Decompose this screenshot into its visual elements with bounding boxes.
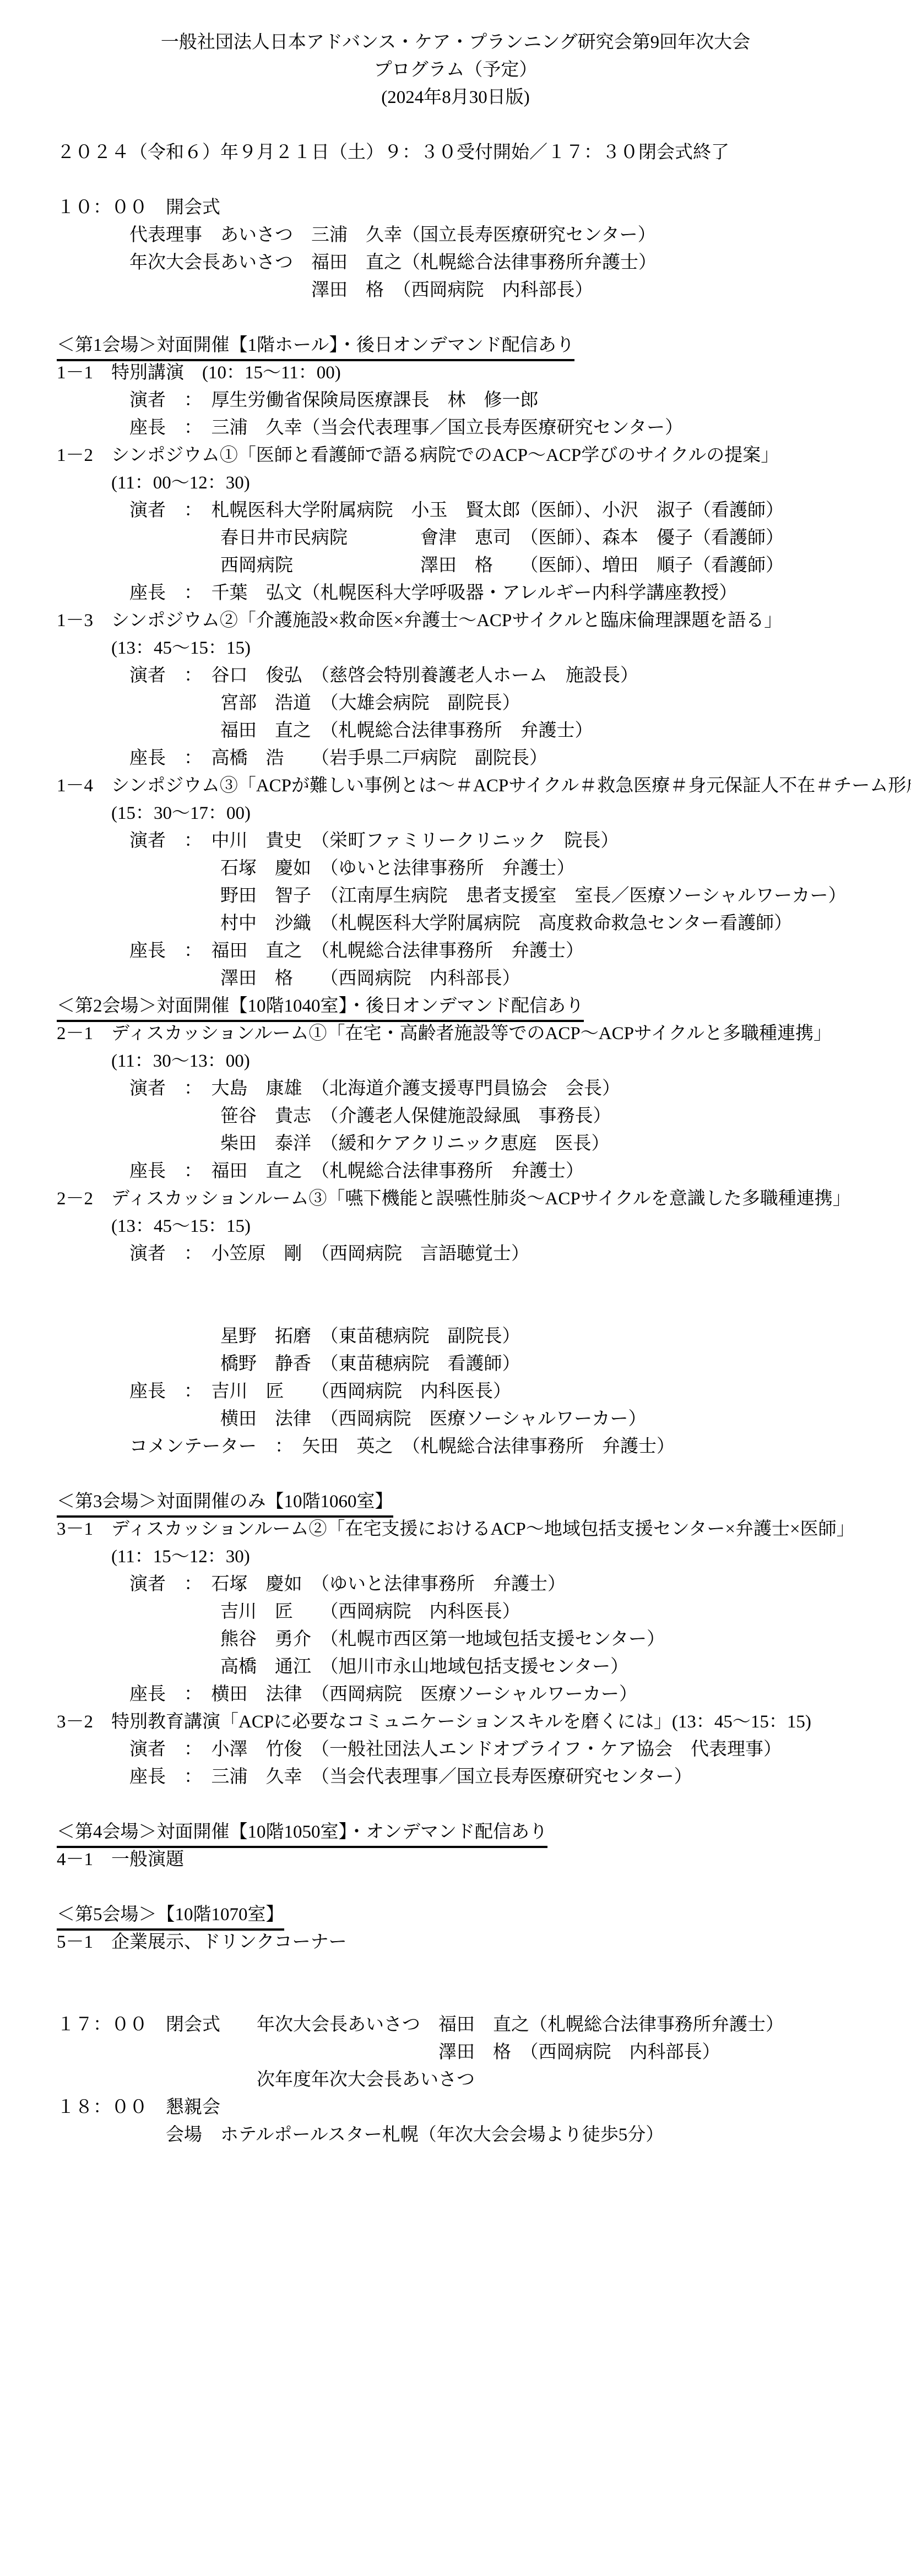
- doc-line: 西岡病院 澤田 格 （医師）、増田 順子（看護師）: [0, 552, 911, 579]
- venue-heading-text: ＜第3会場＞対面開催のみ【10階1060室】: [57, 1488, 393, 1515]
- blank-line: [0, 1983, 911, 2011]
- venue-heading: ＜第2会場＞対面開催【10階1040室】・後日オンデマンド配信あり: [0, 992, 911, 1020]
- doc-header: 一般社団法人日本アドバンス・ケア・プランニング研究会第9回年次大会 プログラム（…: [0, 29, 911, 194]
- doc-line: 座長 ： 横田 法律 （西岡病院 医療ソーシャルワーカー）: [0, 1681, 911, 1708]
- doc-line: 3－2 特別教育講演「ACPに必要なコミュニケーションスキルを磨くには」(13：…: [0, 1708, 911, 1736]
- doc-line: (11：15～12：30): [0, 1543, 911, 1570]
- doc-line: 座長 ： 福田 直之 （札幌総合法律事務所 弁護士）: [0, 1157, 911, 1185]
- blank-line: [0, 1873, 911, 1901]
- doc-line: 会場 ホテルポールスター札幌（年次大会会場より徒歩5分）: [0, 2121, 911, 2149]
- doc-line: 澤田 格 （西岡病院 内科部長）: [0, 276, 911, 304]
- doc-line: 福田 直之 （札幌総合法律事務所 弁護士）: [0, 717, 911, 744]
- doc-line: 吉川 匠 （西岡病院 内科医長）: [0, 1598, 911, 1626]
- venue-heading-text: ＜第5会場＞【10階1070室】: [57, 1901, 284, 1928]
- section-venue-3: ＜第3会場＞対面開催のみ【10階1060室】3－1 ディスカッションルーム②「在…: [0, 1488, 911, 1818]
- section-opening-ceremony: １０：００ 開会式 代表理事 あいさつ 三浦 久幸（国立長寿医療研究センター） …: [0, 194, 911, 331]
- doc-line: (11：00～12：30): [0, 469, 911, 497]
- doc-line: 笹谷 貴志 （介護老人保健施設緑風 事務長）: [0, 1102, 911, 1130]
- doc-line: 座長 ： 吉川 匠 （西岡病院 内科医長）: [0, 1378, 911, 1405]
- doc-version-note: (2024年8月30日版): [0, 84, 911, 111]
- doc-line: 春日井市民病院 會津 恵司 （医師）、森本 優子（看護師）: [0, 524, 911, 552]
- blank-line: [0, 1791, 911, 1818]
- venue-heading-text: ＜第4会場＞対面開催【10階1050室】・オンデマンド配信あり: [57, 1818, 547, 1846]
- doc-line: コメンテーター ： 矢田 英之 （札幌総合法律事務所 弁護士）: [0, 1433, 911, 1460]
- doc-line: 野田 智子 （江南厚生病院 患者支援室 室長／医療ソーシャルワーカー）: [0, 882, 911, 910]
- doc-line: 演者 ： 小笠原 剛 （西岡病院 言語聴覚士）: [0, 1240, 911, 1268]
- doc-line: 演者 ： 札幌医科大学附属病院 小玉 賢太郎（医師）、小沢 淑子（看護師）: [0, 497, 911, 524]
- doc-line: 石塚 慶如 （ゆいと法律事務所 弁護士）: [0, 855, 911, 882]
- doc-line: 次年度年次大会長あいさつ: [0, 2066, 911, 2094]
- venue-heading: ＜第3会場＞対面開催のみ【10階1060室】: [0, 1488, 911, 1515]
- doc-line: 5－1 企業展示、ドリンクコーナー: [0, 1928, 911, 1956]
- doc-title: 一般社団法人日本アドバンス・ケア・プランニング研究会第9回年次大会: [0, 29, 911, 56]
- doc-line: 演者 ： 大島 康雄 （北海道介護支援専門員協会 会長）: [0, 1075, 911, 1102]
- doc-line: 柴田 泰洋 （緩和ケアクリニック恵庭 医長）: [0, 1130, 911, 1157]
- doc-line: 座長 ： 三浦 久幸（当会代表理事／国立長寿医療研究センター）: [0, 414, 911, 442]
- doc-line: 橋野 静香 （東苗穂病院 看護師）: [0, 1350, 911, 1378]
- blank-line: [0, 166, 911, 194]
- doc-line: 2－2 ディスカッションルーム③「嚥下機能と誤嚥性肺炎～ACPサイクルを意識した…: [0, 1185, 911, 1213]
- doc-line: 澤田 格 （西岡病院 内科部長）: [0, 2039, 911, 2066]
- doc-line: (11：30～13：00): [0, 1047, 911, 1075]
- doc-line: 年次大会長あいさつ 福田 直之（札幌総合法律事務所弁護士）: [0, 249, 911, 276]
- doc-line: 1－4 シンポジウム③「ACPが難しい事例とは～＃ACPサイクル＃救急医療＃身元…: [0, 772, 911, 800]
- venue-heading: ＜第1会場＞対面開催【1階ホール】・後日オンデマンド配信あり: [0, 331, 911, 359]
- doc-line: 高橋 通江 （旭川市永山地域包括支援センター）: [0, 1653, 911, 1681]
- doc-line: 座長 ： 千葉 弘文（札幌医科大学呼吸器・アレルギー内科学講座教授）: [0, 579, 911, 607]
- blank-line: [0, 1295, 911, 1323]
- doc-line: (15：30～17：00): [0, 800, 911, 827]
- venue-heading-text: ＜第1会場＞対面開催【1階ホール】・後日オンデマンド配信あり: [57, 331, 574, 359]
- section-venue-5: ＜第5会場＞【10階1070室】5－1 企業展示、ドリンクコーナー: [0, 1901, 911, 2011]
- doc-subtitle: プログラム（予定）: [0, 56, 911, 84]
- doc-line: 演者 ： 厚生労働省保険局医療課長 林 修一郎: [0, 387, 911, 414]
- blank-line: [0, 111, 911, 139]
- doc-line: 1－3 シンポジウム②「介護施設×救命医×弁護士～ACPサイクルと臨床倫理課題を…: [0, 607, 911, 634]
- blank-line: [0, 1268, 911, 1295]
- section-closing: １７：００ 閉会式 年次大会長あいさつ 福田 直之（札幌総合法律事務所弁護士） …: [0, 2011, 911, 2149]
- doc-line: 宮部 浩道 （大雄会病院 副院長）: [0, 689, 911, 717]
- doc-line: 座長 ： 三浦 久幸 （当会代表理事／国立長寿医療研究センター）: [0, 1763, 911, 1791]
- doc-line: 4－1 一般演題: [0, 1846, 911, 1873]
- doc-line: (13：45～15：15): [0, 1213, 911, 1240]
- doc-line: １０：００ 開会式: [0, 194, 911, 221]
- doc-line: 代表理事 あいさつ 三浦 久幸（国立長寿医療研究センター）: [0, 221, 911, 249]
- doc-line: １８：００ 懇親会: [0, 2094, 911, 2121]
- doc-line: 横田 法律 （西岡病院 医療ソーシャルワーカー）: [0, 1405, 911, 1433]
- section-venue-1: ＜第1会場＞対面開催【1階ホール】・後日オンデマンド配信あり1－1 特別講演 (…: [0, 331, 911, 992]
- document-body: １０：００ 開会式 代表理事 あいさつ 三浦 久幸（国立長寿医療研究センター） …: [0, 194, 911, 2149]
- doc-line: 演者 ： 谷口 俊弘 （慈啓会特別養護老人ホーム 施設長）: [0, 662, 911, 689]
- doc-line: 3－1 ディスカッションルーム②「在宅支援におけるACP～地域包括支援センター×…: [0, 1515, 911, 1543]
- doc-line: 1－2 シンポジウム①「医師と看護師で語る病院でのACP～ACP学びのサイクルの…: [0, 442, 911, 469]
- section-venue-2: ＜第2会場＞対面開催【10階1040室】・後日オンデマンド配信あり2－1 ディス…: [0, 992, 911, 1488]
- venue-heading: ＜第5会場＞【10階1070室】: [0, 1901, 911, 1928]
- doc-line: 澤田 格 （西岡病院 内科部長）: [0, 965, 911, 992]
- doc-line: 演者 ： 小澤 竹俊 （一般社団法人エンドオブライフ・ケア協会 代表理事）: [0, 1736, 911, 1763]
- doc-line: 1－1 特別講演 (10：15～11：00): [0, 359, 911, 387]
- doc-line: 星野 拓磨 （東苗穂病院 副院長）: [0, 1323, 911, 1350]
- doc-line: (13：45～15：15): [0, 634, 911, 662]
- blank-line: [0, 1460, 911, 1488]
- doc-line: 演者 ： 中川 貴史 （栄町ファミリークリニック 院長）: [0, 827, 911, 855]
- doc-line: 熊谷 勇介 （札幌市西区第一地域包括支援センター）: [0, 1626, 911, 1653]
- venue-heading-text: ＜第2会場＞対面開催【10階1040室】・後日オンデマンド配信あり: [57, 992, 584, 1020]
- event-date-line: ２０２４（令和６）年９月２１日（土）９：３０受付開始／１７：３０閉会式終了: [0, 139, 911, 166]
- doc-line: 村中 沙織 （札幌医科大学附属病院 高度救命救急センター看護師）: [0, 910, 911, 937]
- doc-line: 座長 ： 福田 直之 （札幌総合法律事務所 弁護士）: [0, 937, 911, 965]
- section-venue-4: ＜第4会場＞対面開催【10階1050室】・オンデマンド配信あり4－1 一般演題: [0, 1818, 911, 1901]
- document-page: 一般社団法人日本アドバンス・ケア・プランニング研究会第9回年次大会 プログラム（…: [0, 0, 911, 2576]
- doc-line: １７：００ 閉会式 年次大会長あいさつ 福田 直之（札幌総合法律事務所弁護士）: [0, 2011, 911, 2039]
- blank-line: [0, 304, 911, 331]
- doc-line: 2－1 ディスカッションルーム①「在宅・高齢者施設等でのACP～ACPサイクルと…: [0, 1020, 911, 1047]
- doc-line: 座長 ： 高橋 浩 （岩手県二戸病院 副院長）: [0, 744, 911, 772]
- venue-heading: ＜第4会場＞対面開催【10階1050室】・オンデマンド配信あり: [0, 1818, 911, 1846]
- blank-line: [0, 1956, 911, 1983]
- doc-line: 演者 ： 石塚 慶如 （ゆいと法律事務所 弁護士）: [0, 1570, 911, 1598]
